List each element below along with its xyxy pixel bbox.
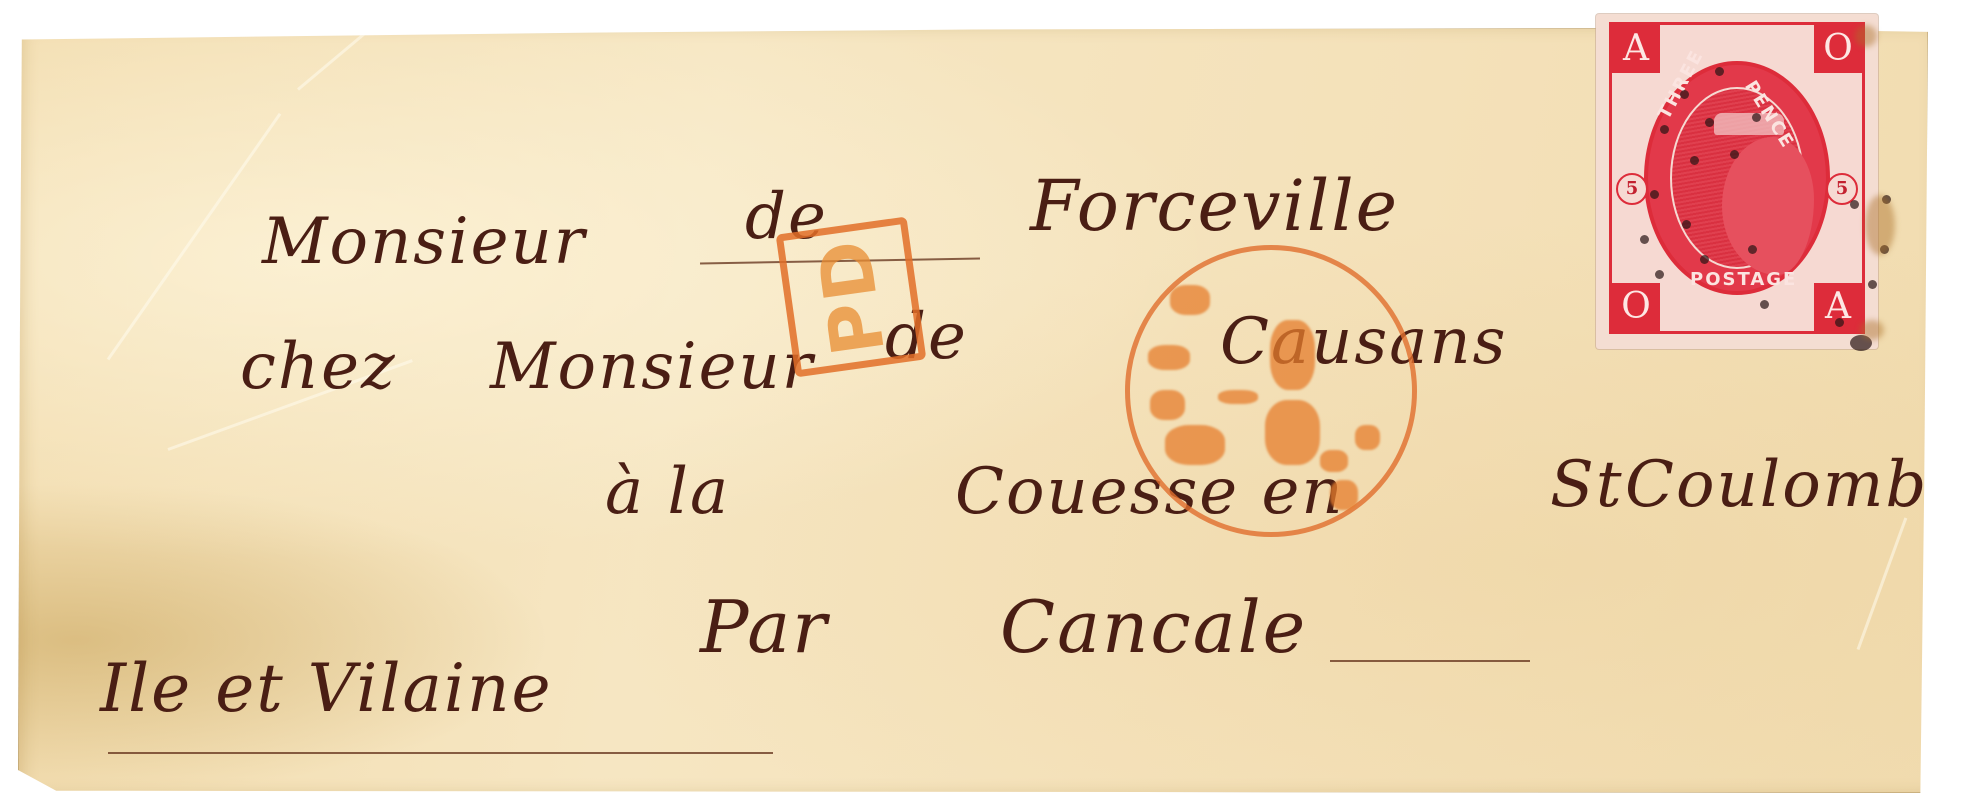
corner-letter-tl: A — [1612, 25, 1660, 73]
foxing-stain — [1865, 195, 1895, 255]
address-monsieur-2: Monsieur — [490, 330, 814, 404]
address-coulomb: Coulomb — [1625, 448, 1928, 522]
department-underline — [108, 752, 773, 754]
stamp-text-postage: POSTAGE — [1690, 269, 1797, 290]
address-cancale: Cancale — [1000, 585, 1307, 669]
queen-portrait — [1670, 87, 1804, 269]
pd-text: PD — [801, 233, 900, 360]
foxing-stain — [1855, 25, 1877, 47]
plate-number-left: 5 — [1616, 173, 1648, 205]
address-department: Ile et Vilaine — [100, 650, 553, 727]
foxing-stain — [1860, 320, 1884, 340]
corner-letter-bl: O — [1612, 283, 1660, 331]
stamp-oval: THREE PENCE POSTAGE — [1644, 61, 1830, 295]
fold-crease — [1857, 517, 1908, 650]
fold-crease — [107, 113, 282, 360]
address-a-la: à la — [605, 455, 730, 529]
address-chez: chez — [240, 330, 397, 404]
stamp-frame: A O O A THREE PENCE POSTAGE 5 5 — [1609, 22, 1865, 334]
address-par: Par — [700, 585, 829, 669]
address-forceville: Forceville — [1030, 165, 1399, 247]
circular-datestamp — [1125, 245, 1417, 537]
fold-crease — [297, 0, 483, 91]
pd-boxed-handstamp: PD — [776, 217, 927, 378]
cancale-underline — [1330, 660, 1530, 662]
address-saint: St — [1550, 448, 1624, 522]
address-monsieur: Monsieur — [262, 205, 586, 279]
